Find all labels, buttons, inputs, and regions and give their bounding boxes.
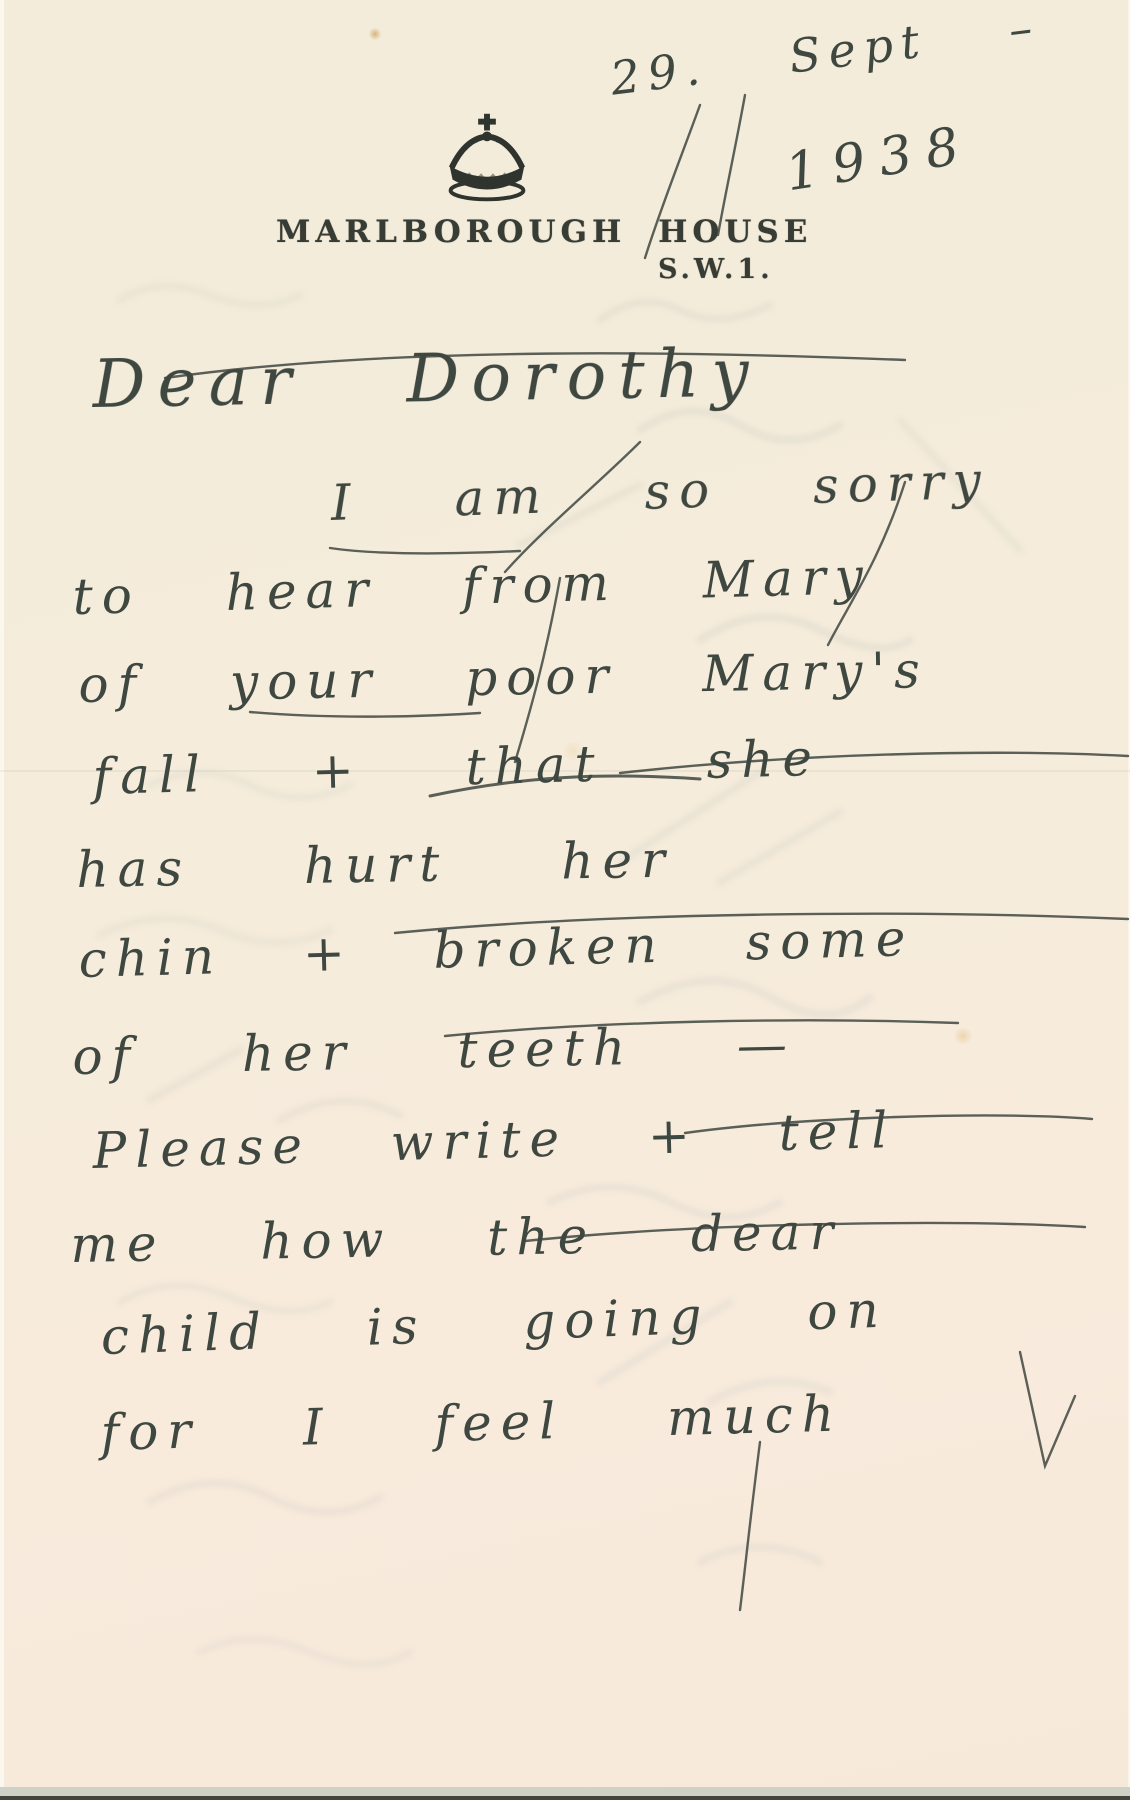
show-through-ink: [0, 0, 1130, 1800]
letter-sheet: MARLBOROUGH HOUSE S.W.1. 29. Sept – 1938…: [0, 0, 1130, 1800]
date-day-month: 29. Sept –: [608, 3, 1042, 101]
letter-line: of your poor Mary's: [78, 645, 929, 710]
letter-line: me how the dear: [70, 1207, 843, 1270]
paper-stain: [952, 1028, 974, 1044]
salutation: Dear Dorothy: [92, 340, 761, 418]
letter-line: of her teeth —: [72, 1019, 796, 1082]
letter-line: to hear from Mary: [72, 551, 873, 622]
letter-line: fall + that she: [92, 733, 822, 802]
letter-line: for I feel much: [100, 1389, 843, 1458]
paper-stain: [368, 28, 382, 40]
letter-line: child is going on: [100, 1285, 888, 1362]
letter-line: chin + broken some: [78, 913, 915, 985]
letterhead-name: MARLBOROUGH HOUSE: [276, 214, 812, 250]
letterhead-district: S.W.1.: [658, 254, 774, 285]
letter-line: Please write + tell: [92, 1105, 897, 1176]
date-year: 1938: [782, 119, 976, 200]
letter-line: has hurt her: [76, 835, 674, 895]
letter-line: I am so sorry: [330, 455, 991, 528]
royal-crown-icon: [428, 112, 546, 207]
backdrop-edge: [0, 1796, 1130, 1800]
paper-edge-bottom: [0, 1787, 1130, 1796]
pen-flourish-strokes: [0, 0, 1130, 1800]
paper-edge-left: [0, 0, 4, 1800]
